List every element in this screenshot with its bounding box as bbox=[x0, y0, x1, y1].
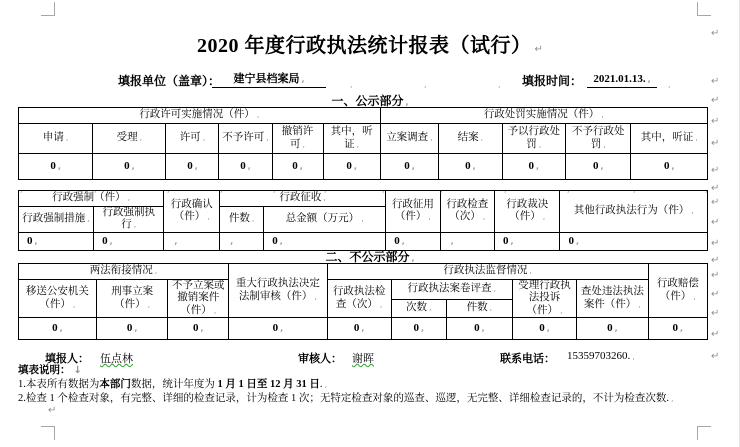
paragraph-mark-icon: ↵ bbox=[48, 406, 56, 416]
title-row: 2020 年度行政执法统计报表（试行）↵ bbox=[0, 29, 740, 58]
t1-value-cell[interactable]: 0 bbox=[566, 154, 631, 180]
margin-crop-mark-top-right bbox=[697, 2, 711, 16]
table-supervision: 两法衔接情况 重大行政执法决定法制审核（件） 行政执法监督情况 行政赔偿（件） … bbox=[18, 263, 708, 340]
cell-end-mark-icon bbox=[18, 179, 23, 197]
tab-mark-icon bbox=[496, 74, 501, 92]
t1-col-header: 其中，听证 bbox=[323, 124, 380, 154]
t3-value-cell[interactable]: 0 bbox=[577, 318, 649, 340]
tab-mark-icon bbox=[666, 74, 671, 92]
t3-value-cell[interactable]: 0 bbox=[327, 318, 391, 340]
cell-end-mark-icon bbox=[438, 179, 443, 197]
t2-col-header: 行政强制执行 bbox=[94, 207, 164, 233]
t1-group-permit: 行政许可实施情况（件） bbox=[19, 108, 381, 124]
t3-value-cell[interactable]: 0 bbox=[446, 318, 512, 340]
t3-group-linkage: 两法衔接情况 bbox=[19, 264, 229, 280]
date-label: 填报时间： bbox=[522, 72, 582, 89]
paragraph-mark-icon: ↵ bbox=[711, 271, 719, 281]
t1-col-header: 不予许可 bbox=[219, 124, 272, 154]
t1-value-cell[interactable]: 0 bbox=[272, 154, 323, 180]
cell-end-mark-icon bbox=[218, 179, 223, 197]
t1-col-header: 其中，听证 bbox=[631, 124, 708, 154]
table-coercion-collection: 行政强制（件） 行政确认（件） 行政征收 行政征用（件） 行政检查（次） 行政裁… bbox=[18, 190, 708, 251]
table-permit-penalty: 行政许可实施情况（件） 行政处罚实施情况（件） 申请 受理 许可 不予许可 撤销… bbox=[18, 107, 708, 180]
t3-value-cell[interactable]: 0 bbox=[19, 318, 97, 340]
paragraph-mark-icon: ↵ bbox=[711, 166, 719, 176]
t3-col-header: 不予立案或撤销案件（件） bbox=[168, 280, 229, 318]
paragraph-mark-icon: ↵ bbox=[711, 352, 719, 362]
cell-end-mark-icon bbox=[565, 179, 570, 197]
section-title-nonpublic-text: 二、不公示部分 bbox=[325, 250, 409, 264]
t3-col-header: 受理行政执法投诉（件） bbox=[512, 280, 576, 318]
t3-group-supervision: 行政执法监督情况 bbox=[327, 264, 648, 280]
t3-col-header: 刑事立案（件） bbox=[96, 280, 168, 318]
paragraph-mark-icon: ↵ bbox=[711, 139, 719, 149]
t3-col-header: 移送公安机关（件） bbox=[19, 280, 97, 318]
t3-value-cell[interactable]: 0 bbox=[96, 318, 168, 340]
t3-value-cell[interactable]: 0 bbox=[168, 318, 229, 340]
t1-value-cell[interactable]: 0 bbox=[19, 154, 93, 180]
t1-value-cell[interactable]: 0 bbox=[323, 154, 380, 180]
t1-col-header: 受理 bbox=[93, 124, 166, 154]
margin-crop-mark-top-left bbox=[41, 2, 55, 16]
t2-group-inspection: 行政检查（次） bbox=[440, 191, 494, 233]
t1-col-header: 予以行政处罚 bbox=[502, 124, 565, 154]
cell-end-mark-icon bbox=[380, 179, 385, 197]
auditor-name[interactable]: 谢晖 bbox=[352, 350, 374, 366]
unit-label: 填报单位（盖章）： bbox=[118, 72, 220, 89]
cell-end-mark-icon bbox=[403, 94, 408, 108]
tab-mark-icon bbox=[422, 74, 427, 92]
t1-value-cell[interactable]: 0 bbox=[631, 154, 708, 180]
paragraph-mark-icon: ↵ bbox=[711, 96, 719, 106]
t3-group-compensation: 行政赔偿（件） bbox=[648, 264, 707, 318]
margin-crop-mark-bottom-right bbox=[697, 426, 711, 440]
paragraph-mark-icon: ↵ bbox=[711, 330, 719, 340]
t1-col-header: 立案调查 bbox=[380, 124, 439, 154]
paragraph-mark-icon: ↵ bbox=[711, 256, 719, 266]
t1-value-cell[interactable]: 0 bbox=[93, 154, 166, 180]
cell-end-mark-icon bbox=[92, 179, 97, 197]
t1-col-header: 申请 bbox=[19, 124, 93, 154]
paragraph-mark-icon: ↵ bbox=[711, 290, 719, 300]
t3-value-cell[interactable]: 0 bbox=[229, 318, 328, 340]
phone-value-text: 15359703260. bbox=[567, 350, 630, 362]
cell-end-mark-icon bbox=[669, 393, 674, 404]
cell-end-mark-icon bbox=[322, 179, 327, 197]
phone-value[interactable]: 15359703260. bbox=[567, 350, 635, 362]
note-1-bold: 本部门 bbox=[99, 379, 131, 390]
paragraph-mark-icon: ↵ bbox=[711, 117, 719, 127]
note-2: 2.检查 1 个检查对象，有完整、详细的检查记录，计为检查 1 次；无特定检查对… bbox=[18, 390, 674, 405]
note-1-text: 数据，统计年度为 bbox=[131, 379, 218, 390]
paragraph-mark-icon: ↵ bbox=[711, 218, 719, 228]
t1-value-cell[interactable]: 0 bbox=[219, 154, 272, 180]
t2-col-header: 总金额（万元） bbox=[264, 207, 386, 233]
t2-group-requisition: 行政征用（件） bbox=[386, 191, 440, 233]
note-2-text: 2.检查 1 个检查对象，有完整、详细的检查记录，计为检查 1 次；无特定检查对… bbox=[18, 393, 669, 404]
cell-end-mark-icon bbox=[630, 350, 635, 362]
t1-group-penalty: 行政处罚实施情况（件） bbox=[380, 108, 707, 124]
t1-value-cell[interactable]: 0 bbox=[439, 154, 502, 180]
t1-col-header: 撤销许可 bbox=[272, 124, 323, 154]
t3-col-header: 查处违法执法案件（件） bbox=[577, 280, 649, 318]
cell-end-mark-icon bbox=[271, 179, 276, 197]
paragraph-mark-icon: ↵ bbox=[711, 239, 719, 249]
t3-value-cell[interactable]: 0 bbox=[391, 318, 446, 340]
t1-col-header: 许可 bbox=[166, 124, 219, 154]
page-title: 2020 年度行政执法统计报表（试行） bbox=[197, 35, 532, 57]
t2-col-header: 行政强制措施 bbox=[19, 207, 94, 233]
cell-end-mark-icon bbox=[323, 379, 328, 390]
margin-crop-mark-bottom-left bbox=[41, 426, 55, 440]
cell-end-mark-icon bbox=[409, 250, 414, 264]
t3-value-cell[interactable]: 0 bbox=[512, 318, 576, 340]
phone-label: 联系电话： bbox=[500, 350, 555, 366]
t1-value-cell[interactable]: 0 bbox=[502, 154, 565, 180]
tab-mark-icon bbox=[348, 74, 353, 92]
cell-end-mark-icon bbox=[631, 179, 636, 197]
paragraph-mark-icon: ↵ bbox=[711, 29, 719, 39]
paragraph-mark-icon: ↵ bbox=[711, 198, 719, 208]
paragraph-mark-icon: ↵ bbox=[711, 77, 719, 87]
cell-end-mark-icon bbox=[165, 179, 170, 197]
t2-col-header: 件数 bbox=[220, 207, 264, 233]
t2-group-collection: 行政征收 bbox=[220, 191, 386, 207]
t3-subcol-header: 次数 bbox=[391, 300, 446, 318]
document-page: 2020 年度行政执法统计报表（试行）↵ 填报单位（盖章）： 建宁县档案局 填报… bbox=[0, 0, 740, 447]
t1-value-cell[interactable]: 0 bbox=[380, 154, 439, 180]
notes-label: 填表说明： bbox=[18, 365, 71, 376]
paragraph-mark-icon: ↵ bbox=[535, 44, 543, 55]
cell-end-mark-icon bbox=[502, 179, 507, 197]
section-title-public-text: 一、公示部分 bbox=[331, 94, 403, 108]
t3-group-legal-review: 重大行政执法决定法制审核（件） bbox=[229, 264, 328, 318]
unit-value-field[interactable]: 建宁县档案局 bbox=[212, 72, 326, 88]
note-1-text: 1.本表所有数据为 bbox=[18, 379, 99, 390]
auditor-label: 审核人： bbox=[298, 350, 342, 366]
t2-group-confirmation: 行政确认（件） bbox=[164, 191, 220, 233]
date-value-field[interactable]: 2021.01.13. bbox=[587, 72, 657, 88]
paragraph-mark-icon: ↵ bbox=[711, 184, 719, 194]
t1-value-cell[interactable]: 0 bbox=[166, 154, 219, 180]
t3-subcol-header: 件数 bbox=[446, 300, 512, 318]
line-break-mark-icon: ↓ bbox=[74, 365, 82, 376]
t1-col-header: 不予行政处罚 bbox=[566, 124, 631, 154]
t1-col-header: 结案 bbox=[439, 124, 502, 154]
t3-value-cell[interactable]: 0 bbox=[648, 318, 707, 340]
cell-end-mark-icon bbox=[703, 179, 708, 197]
t3-col-header: 行政执法检查（次） bbox=[327, 280, 391, 318]
filler-name[interactable]: 伍点林 bbox=[100, 350, 133, 366]
paragraph-mark-icon: ↵ bbox=[711, 309, 719, 319]
t3-col-header: 行政执法案卷评查 bbox=[391, 280, 512, 300]
note-1-bold: 1 月 1 日至 12 月 31 日 bbox=[218, 379, 320, 390]
notes-label-row: 填表说明：↓ bbox=[18, 362, 82, 377]
note-1: 1.本表所有数据为本部门数据，统计年度为 1 月 1 日至 12 月 31 日. bbox=[18, 376, 327, 391]
